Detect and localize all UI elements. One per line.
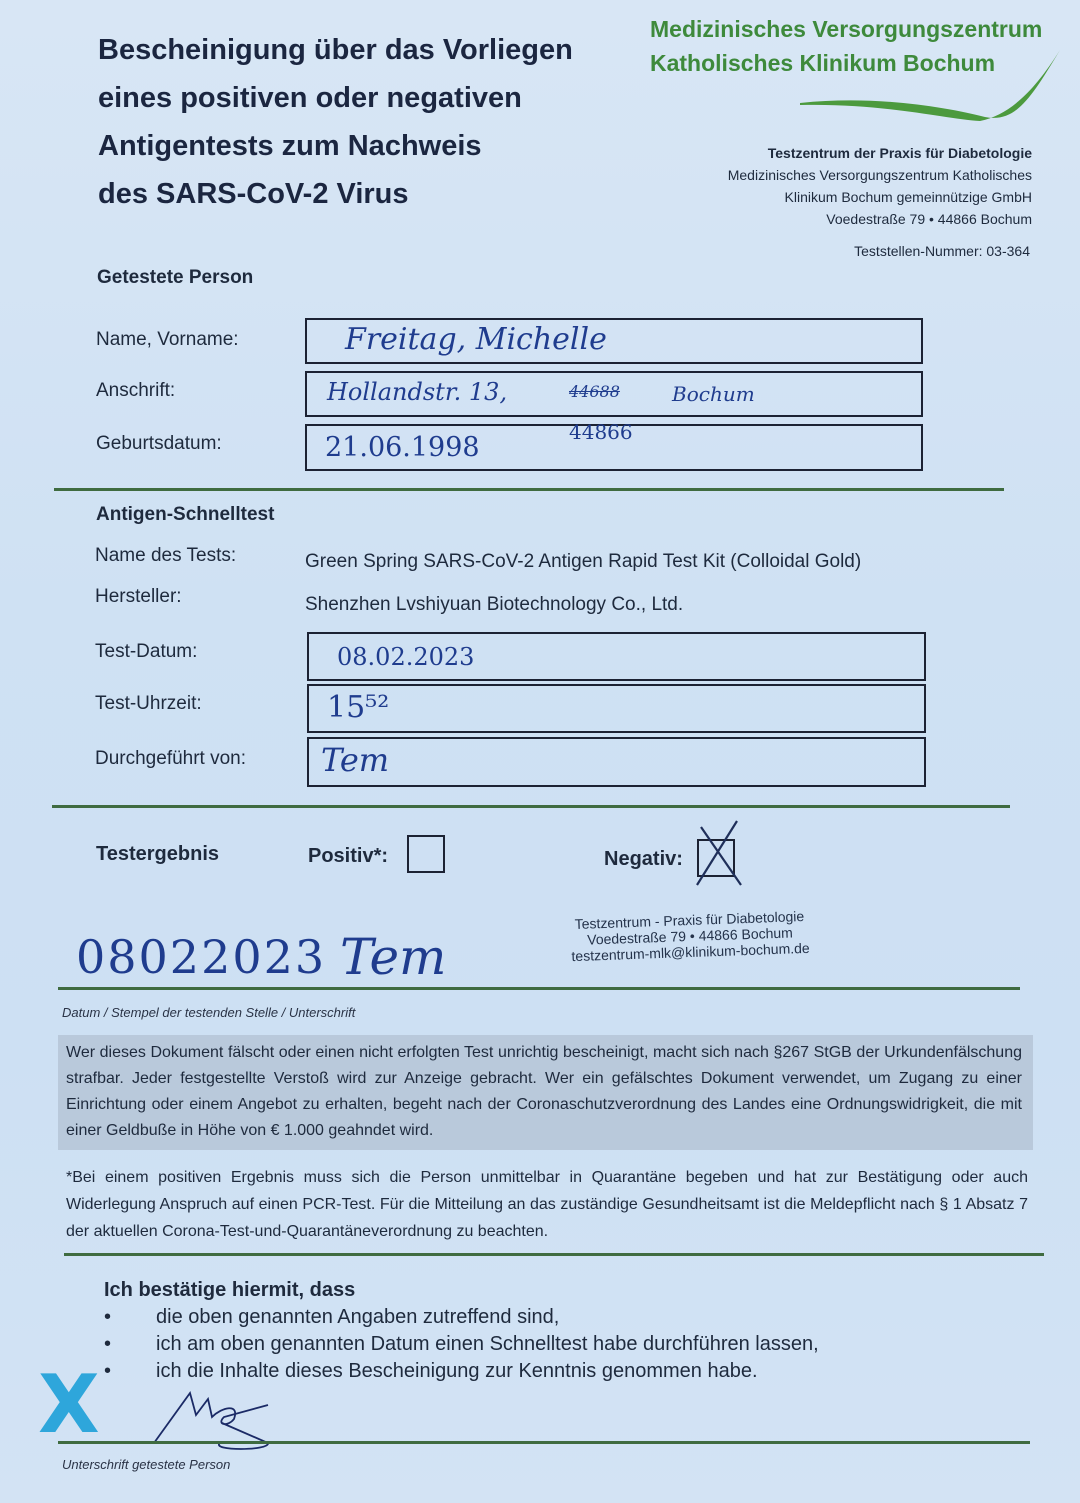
warning-text: Wer dieses Dokument fälscht oder einen n… [66,1040,1022,1144]
issuer-name: Testzentrum der Praxis für Diabetologie [728,142,1032,164]
address-city: Bochum [672,382,755,406]
issuer-org: Klinikum Bochum gemeinnützige GmbH [728,186,1032,208]
test-date-label: Test-Datum: [95,641,197,663]
negative-label: Negativ: [604,848,683,871]
logo-line: Medizinisches Versorgungszentrum [650,12,1042,46]
list-item: ich die Inhalte dieses Bescheinigung zur… [104,1358,819,1385]
stamp-caption: Datum / Stempel der testenden Stelle / U… [62,1005,355,1020]
dob-field[interactable]: 21.06.1998 44866 [305,424,923,471]
sign-here-mark: X [38,1365,100,1445]
title-line: des SARS-CoV-2 Virus [98,170,618,218]
issuer-address: Testzentrum der Praxis für Diabetologie … [728,142,1032,230]
divider [54,488,1004,491]
positive-checkbox[interactable] [407,835,445,873]
manufacturer-label: Hersteller: [95,586,182,608]
test-site-number: Teststellen-Nummer: 03-364 [854,243,1030,259]
stamp-handwritten-date: 08022023 [76,930,326,984]
signature-line [58,1441,1030,1444]
address-struck-zip: 44688 [569,382,620,401]
address-label: Anschrift: [96,380,175,402]
test-name-label: Name des Tests: [95,545,236,567]
dob-value: 21.06.1998 [325,432,480,463]
issuer-street: Voedestraße 79 • 44866 Bochum [728,208,1032,230]
title-line: Antigentests zum Nachweis [98,122,618,170]
divider [52,805,1010,808]
performed-by-value: Tem [321,741,389,779]
title-line: eines positiven oder negativen [98,74,618,122]
stamp-signature: Tem [340,928,446,986]
list-item: ich am oben genannten Datum einen Schnel… [104,1331,819,1358]
address-corrected-zip: 44866 [569,420,633,444]
performed-by-field[interactable]: Tem [307,737,926,787]
divider [64,1253,1044,1256]
name-label: Name, Vorname: [96,329,239,351]
document-title: Bescheinigung über das Vorliegen eines p… [98,26,618,218]
test-time-field[interactable]: 15⁵² [307,684,926,733]
manufacturer-value: Shenzhen Lvshiyuan Biotechnology Co., Lt… [305,594,683,616]
dob-label: Geburtsdatum: [96,433,222,455]
person-signature-icon [150,1385,300,1460]
test-date-value: 08.02.2023 [337,643,474,671]
test-name-value: Green Spring SARS-CoV-2 Antigen Rapid Te… [305,551,861,573]
address-field[interactable]: Hollandstr. 13, 44688 Bochum [305,371,923,417]
confirmation-heading: Ich bestätige hiermit, dass [104,1279,355,1302]
certificate-page: Bescheinigung über das Vorliegen eines p… [0,0,1080,1503]
result-heading: Testergebnis [96,843,219,866]
test-time-value: 15⁵² [327,690,389,725]
person-heading: Getestete Person [97,267,253,289]
logo-swoosh-icon [795,45,1065,130]
issuer-org: Medizinisches Versorgungszentrum Katholi… [728,164,1032,186]
positive-label: Positiv*: [308,845,388,868]
address-value: Hollandstr. 13, [327,378,507,406]
test-heading: Antigen-Schnelltest [96,504,274,526]
check-x-icon [693,819,745,889]
signature-line [58,987,1020,990]
signature-caption: Unterschrift getestete Person [62,1457,230,1472]
name-value: Freitag, Michelle [345,322,607,357]
title-line: Bescheinigung über das Vorliegen [98,26,618,74]
performed-by-label: Durchgeführt von: [95,748,246,770]
confirmation-list: die oben genannten Angaben zutreffend si… [104,1304,819,1385]
list-item: die oben genannten Angaben zutreffend si… [104,1304,819,1331]
test-date-field[interactable]: 08.02.2023 [307,632,926,681]
footnote-text: *Bei einem positiven Ergebnis muss sich … [66,1164,1028,1245]
name-field[interactable]: Freitag, Michelle [305,318,923,364]
test-time-label: Test-Uhrzeit: [95,693,202,715]
negative-checkbox[interactable] [697,839,735,877]
stamp: Testzentrum - Praxis für Diabetologie Vo… [559,907,821,964]
